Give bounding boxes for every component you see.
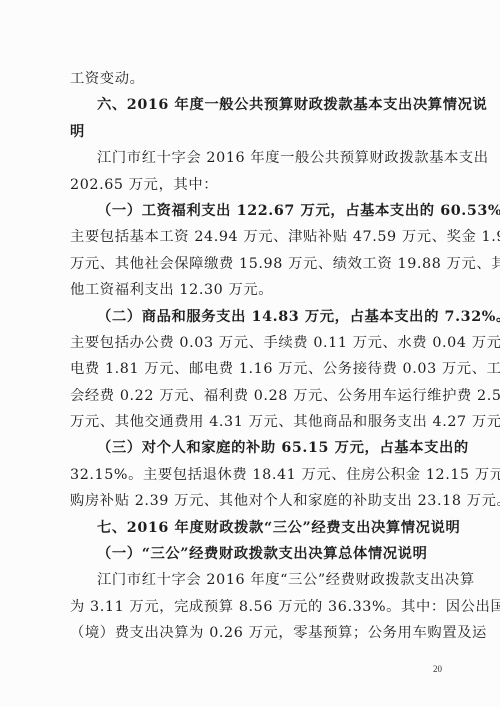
text-line: 购房补贴 2.39 万元、其他对个人和家庭的补助支出 23.18 万元。 [70, 488, 442, 514]
subheading-wages: （一）工资福利支出 122.67 万元，占基本支出的 60.53%。 [70, 198, 442, 224]
text-line: 电费 1.81 万元、邮电费 1.16 万元、公务接待费 0.03 万元、工 [70, 356, 442, 382]
text-line: 江门市红十字会 2016 年度“三公”经费财政拨款支出决算 [70, 567, 442, 593]
text-line: 主要包括办公费 0.03 万元、手续费 0.11 万元、水费 0.04 万元、 [70, 330, 442, 356]
text-line: 他工资福利支出 12.30 万元。 [70, 277, 442, 303]
text-line: （境）费支出决算为 0.26 万元，零基预算；公务用车购置及运 [70, 620, 442, 646]
text-line: 32.15%。主要包括退休费 18.41 万元、住房公积金 12.15 万元、 [70, 462, 442, 488]
document-page: 工资变动。 六、2016 年度一般公共预算财政拨款基本支出决算情况说 明 江门市… [70, 66, 442, 647]
text-line: 万元、其他社会保障缴费 15.98 万元、绩效工资 19.88 万元、其 [70, 251, 442, 277]
text-line: 202.65 万元，其中： [70, 172, 442, 198]
section-heading-6: 六、2016 年度一般公共预算财政拨款基本支出决算情况说 [70, 92, 442, 118]
text-line: 主要包括基本工资 24.94 万元、津贴补贴 47.59 万元、奖金 1.98 [70, 224, 442, 250]
text-line: 江门市红十字会 2016 年度一般公共预算财政拨款基本支出 [70, 145, 442, 171]
text-line: 会经费 0.22 万元、福利费 0.28 万元、公务用车运行维护费 2.58 [70, 383, 442, 409]
text-line: 万元、其他交通费用 4.31 万元、其他商品和服务支出 4.27 万元。 [70, 409, 442, 435]
text-line: 工资变动。 [70, 66, 442, 92]
page-number: 20 [433, 664, 442, 674]
text-line: 为 3.11 万元，完成预算 8.56 万元的 36.33%。其中：因公出国 [70, 594, 442, 620]
section-heading-6-cont: 明 [70, 119, 442, 145]
subheading-subsidies: （三）对个人和家庭的补助 65.15 万元，占基本支出的 [70, 435, 442, 461]
section-heading-7: 七、2016 年度财政拨款“三公”经费支出决算情况说明 [70, 515, 442, 541]
subheading-three-public: （一）“三公”经费财政拨款支出决算总体情况说明 [70, 541, 442, 567]
subheading-goods-services: （二）商品和服务支出 14.83 万元，占基本支出的 7.32%。 [70, 304, 442, 330]
